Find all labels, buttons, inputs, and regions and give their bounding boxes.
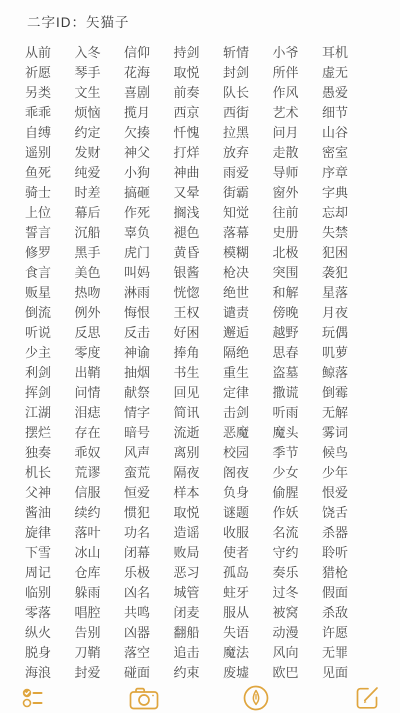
word-item[interactable]: 傍晚 <box>273 303 301 323</box>
word-item[interactable]: 倒霉 <box>322 383 350 403</box>
word-item[interactable]: 犯困 <box>322 243 350 263</box>
word-item[interactable]: 窗外 <box>273 183 301 203</box>
word-item[interactable]: 惯犯 <box>124 503 152 523</box>
word-item[interactable]: 叽萝 <box>322 343 350 363</box>
word-item[interactable]: 街霸 <box>223 183 251 203</box>
word-row: 贩星热吻淋雨恍惚绝世和解星落 <box>25 283 350 303</box>
word-item[interactable]: 恶习 <box>174 563 202 583</box>
word-item[interactable]: 孤岛 <box>223 563 251 583</box>
word-item[interactable]: 离别 <box>174 443 202 463</box>
word-item[interactable]: 城管 <box>174 583 202 603</box>
word-item[interactable]: 暗号 <box>124 423 152 443</box>
word-row: 鱼死纯爱小狗神曲雨爱导师序章 <box>25 163 350 183</box>
word-item[interactable]: 摆烂 <box>25 423 53 443</box>
word-item[interactable]: 抽烟 <box>124 363 152 383</box>
word-item[interactable]: 星落 <box>322 283 350 303</box>
word-item[interactable]: 模糊 <box>223 243 251 263</box>
word-row: 遥别发财神父打烊放弃走散密室 <box>25 143 350 163</box>
word-item[interactable]: 盗墓 <box>273 363 301 383</box>
word-item[interactable]: 失禁 <box>322 223 350 243</box>
word-item[interactable]: 骑士 <box>25 183 53 203</box>
word-item[interactable]: 山谷 <box>322 123 350 143</box>
word-item[interactable]: 绝世 <box>223 283 251 303</box>
word-item[interactable]: 被窝 <box>273 603 301 623</box>
word-item[interactable]: 例外 <box>75 303 103 323</box>
word-item[interactable]: 季节 <box>273 443 301 463</box>
word-item[interactable]: 击剑 <box>223 403 251 423</box>
word-item[interactable]: 字典 <box>322 183 350 203</box>
word-item[interactable]: 小爷 <box>273 43 301 63</box>
word-item[interactable]: 黑手 <box>75 243 103 263</box>
word-item[interactable]: 收服 <box>223 523 251 543</box>
word-item[interactable]: 江湖 <box>25 403 53 423</box>
word-item[interactable]: 服从 <box>223 603 251 623</box>
word-item[interactable]: 封爱 <box>75 663 103 683</box>
word-item[interactable]: 少主 <box>25 343 53 363</box>
word-item[interactable]: 听说 <box>25 323 53 343</box>
word-item[interactable]: 名流 <box>273 523 301 543</box>
checklist-button[interactable] <box>18 684 48 712</box>
word-row: 骑士时差搞砸又晕街霸窗外字典 <box>25 183 350 203</box>
camera-button[interactable] <box>129 684 159 712</box>
word-item[interactable]: 忘却 <box>322 203 350 223</box>
word-item[interactable]: 忏愧 <box>174 123 202 143</box>
word-item[interactable]: 动漫 <box>273 623 301 643</box>
word-item[interactable]: 序章 <box>322 163 350 183</box>
word-item[interactable]: 蛮荒 <box>124 463 152 483</box>
word-item[interactable]: 流逝 <box>174 423 202 443</box>
word-item[interactable]: 思春 <box>273 343 301 363</box>
word-item[interactable]: 利剑 <box>25 363 53 383</box>
word-item[interactable]: 零度 <box>75 343 103 363</box>
word-item[interactable]: 追击 <box>174 643 202 663</box>
word-item[interactable]: 谜题 <box>223 503 251 523</box>
word-item[interactable]: 自缚 <box>25 123 53 143</box>
word-item[interactable]: 续约 <box>75 503 103 523</box>
word-item[interactable]: 恒爱 <box>124 483 152 503</box>
word-item[interactable]: 斩情 <box>223 43 251 63</box>
word-item[interactable]: 导师 <box>273 163 301 183</box>
word-item[interactable]: 北极 <box>273 243 301 263</box>
word-item[interactable]: 艺术 <box>273 103 301 123</box>
camera-icon <box>129 686 159 711</box>
word-item[interactable]: 泪痣 <box>75 403 103 423</box>
word-item[interactable]: 拉黑 <box>223 123 251 143</box>
word-item[interactable]: 冰山 <box>75 543 103 563</box>
word-item[interactable]: 隔夜 <box>174 463 202 483</box>
word-row: 旋律落叶功名造谣收服名流杀器 <box>25 523 350 543</box>
word-item[interactable]: 美色 <box>75 263 103 283</box>
word-item[interactable]: 誓言 <box>25 223 53 243</box>
word-item[interactable]: 捧角 <box>174 343 202 363</box>
word-item[interactable]: 神曲 <box>174 163 202 183</box>
word-item[interactable]: 玩偶 <box>322 323 350 343</box>
word-item[interactable]: 褪色 <box>174 223 202 243</box>
word-item[interactable]: 突围 <box>273 263 301 283</box>
word-item[interactable]: 邂逅 <box>223 323 251 343</box>
word-item[interactable]: 挥剑 <box>25 383 53 403</box>
word-row: 食言美色叫妈银酱枪决突围袭犯 <box>25 263 350 283</box>
word-item[interactable]: 西街 <box>223 103 251 123</box>
word-item[interactable]: 神谕 <box>124 343 152 363</box>
word-row: 周记仓库乐极恶习孤岛奏乐猎枪 <box>25 563 350 583</box>
word-item[interactable]: 琴手 <box>75 63 103 83</box>
word-item[interactable]: 鲸落 <box>322 363 350 383</box>
checklist-icon <box>20 685 46 711</box>
word-item[interactable]: 所伴 <box>273 63 301 83</box>
word-item[interactable]: 揽月 <box>124 103 152 123</box>
pen-icon <box>242 684 270 712</box>
word-row: 下雪冰山闭幕败局使者守约聆听 <box>25 543 350 563</box>
word-row: 上位幕后作死搁浅知觉往前忘却 <box>25 203 350 223</box>
word-item[interactable]: 败局 <box>174 543 202 563</box>
word-item[interactable]: 纵火 <box>25 623 53 643</box>
word-item[interactable]: 约束 <box>174 663 202 683</box>
word-item[interactable]: 月夜 <box>322 303 350 323</box>
word-item[interactable]: 走散 <box>273 143 301 163</box>
word-item[interactable]: 样本 <box>174 483 202 503</box>
page-title: 二字ID：矢猫子 <box>0 0 400 43</box>
word-item[interactable]: 出鞘 <box>75 363 103 383</box>
word-item[interactable]: 见面 <box>322 663 350 683</box>
word-item[interactable]: 淋雨 <box>124 283 152 303</box>
word-item[interactable]: 愚爱 <box>322 83 350 103</box>
pen-button[interactable] <box>241 684 271 712</box>
word-item[interactable]: 作妖 <box>273 503 301 523</box>
word-item[interactable]: 信服 <box>75 483 103 503</box>
word-item[interactable]: 独奏 <box>25 443 53 463</box>
word-item[interactable]: 无解 <box>322 403 350 423</box>
word-row: 听说反思反击好困邂逅越野玩偶 <box>25 323 350 343</box>
word-item[interactable]: 耳机 <box>322 43 350 63</box>
word-item[interactable]: 谴责 <box>223 303 251 323</box>
word-item[interactable]: 恍惚 <box>174 283 202 303</box>
word-item[interactable]: 隔绝 <box>223 343 251 363</box>
word-row: 从前入冬信仰持剑斩情小爷耳机 <box>25 43 350 63</box>
word-item[interactable]: 文生 <box>75 83 103 103</box>
word-item[interactable]: 修罗 <box>25 243 53 263</box>
word-item[interactable]: 虎门 <box>124 243 152 263</box>
word-item[interactable]: 取悦 <box>174 63 202 83</box>
word-item[interactable]: 许愿 <box>322 623 350 643</box>
word-item[interactable]: 少年 <box>322 463 350 483</box>
word-item[interactable]: 下雪 <box>25 543 53 563</box>
word-item[interactable]: 贩星 <box>25 283 53 303</box>
word-row: 自缚约定欠揍忏愧拉黑问月山谷 <box>25 123 350 143</box>
word-item[interactable]: 恨爱 <box>322 483 350 503</box>
word-item[interactable]: 遥别 <box>25 143 53 163</box>
word-item[interactable]: 欠揍 <box>124 123 152 143</box>
word-item[interactable]: 无罪 <box>322 643 350 663</box>
word-item[interactable]: 少女 <box>273 463 301 483</box>
word-item[interactable]: 听雨 <box>273 403 301 423</box>
word-item[interactable]: 欧巴 <box>273 663 301 683</box>
word-item[interactable]: 刀鞘 <box>75 643 103 663</box>
word-item[interactable]: 风向 <box>273 643 301 663</box>
word-item[interactable]: 祈愿 <box>25 63 53 83</box>
word-row: 酱油续约惯犯取悦谜题作妖饶舌 <box>25 503 350 523</box>
word-row: 另类文生喜剧前奏队长作风愚爱 <box>25 83 350 103</box>
word-item[interactable]: 撒谎 <box>273 383 301 403</box>
word-item[interactable]: 搞砸 <box>124 183 152 203</box>
word-item[interactable]: 好困 <box>174 323 202 343</box>
word-grid: 从前入冬信仰持剑斩情小爷耳机祈愿琴手花海取悦封剑所伴虚无另类文生喜剧前奏队长作风… <box>0 43 400 683</box>
word-item[interactable]: 辜负 <box>124 223 152 243</box>
word-item[interactable]: 史册 <box>273 223 301 243</box>
word-item[interactable]: 又晕 <box>174 183 202 203</box>
word-item[interactable]: 乖奴 <box>75 443 103 463</box>
word-item[interactable]: 雾词 <box>322 423 350 443</box>
word-item[interactable]: 凶器 <box>124 623 152 643</box>
word-item[interactable]: 信仰 <box>124 43 152 63</box>
word-item[interactable]: 恶魔 <box>223 423 251 443</box>
word-item[interactable]: 碰面 <box>124 663 152 683</box>
word-row: 利剑出鞘抽烟书生重生盗墓鲸落 <box>25 363 350 383</box>
word-item[interactable]: 作死 <box>124 203 152 223</box>
word-item[interactable]: 前奏 <box>174 83 202 103</box>
word-item[interactable]: 取悦 <box>174 503 202 523</box>
word-item[interactable]: 越野 <box>273 323 301 343</box>
word-item[interactable]: 枪决 <box>223 263 251 283</box>
word-item[interactable]: 食言 <box>25 263 53 283</box>
bottom-toolbar <box>0 683 400 713</box>
word-item[interactable]: 乐极 <box>124 563 152 583</box>
word-row: 纵火告别凶器翻船失语动漫许愿 <box>25 623 350 643</box>
compose-icon <box>354 685 380 711</box>
word-item[interactable]: 打烊 <box>174 143 202 163</box>
word-item[interactable]: 花海 <box>124 63 152 83</box>
word-row: 父神信服恒爱样本负身偷腥恨爱 <box>25 483 350 503</box>
word-item[interactable]: 献祭 <box>124 383 152 403</box>
word-item[interactable]: 落叶 <box>75 523 103 543</box>
word-item[interactable]: 入冬 <box>75 43 103 63</box>
word-item[interactable]: 从前 <box>25 43 53 63</box>
word-item[interactable]: 西京 <box>174 103 202 123</box>
word-item[interactable]: 问情 <box>75 383 103 403</box>
word-item[interactable]: 闭幕 <box>124 543 152 563</box>
word-item[interactable]: 蛀牙 <box>223 583 251 603</box>
word-item[interactable]: 细节 <box>322 103 350 123</box>
word-item[interactable]: 知觉 <box>223 203 251 223</box>
word-item[interactable]: 封剑 <box>223 63 251 83</box>
word-item[interactable]: 放弃 <box>223 143 251 163</box>
word-item[interactable]: 叫妈 <box>124 263 152 283</box>
word-item[interactable]: 废墟 <box>223 663 251 683</box>
word-item[interactable]: 酱油 <box>25 503 53 523</box>
word-item[interactable]: 落幕 <box>223 223 251 243</box>
compose-button[interactable] <box>352 684 382 712</box>
word-item[interactable]: 周记 <box>25 563 53 583</box>
word-row: 少主零度神谕捧角隔绝思春叽萝 <box>25 343 350 363</box>
word-item[interactable]: 偷腥 <box>273 483 301 503</box>
word-row: 摆烂存在暗号流逝恶魔魔头雾词 <box>25 423 350 443</box>
word-row: 脱身刀鞘落空追击魔法风向无罪 <box>25 643 350 663</box>
word-item[interactable]: 热吻 <box>75 283 103 303</box>
word-item[interactable]: 定律 <box>223 383 251 403</box>
word-item[interactable]: 临别 <box>25 583 53 603</box>
word-row: 零落唱腔共鸣闭麦服从被窝杀敌 <box>25 603 350 623</box>
word-item[interactable]: 小狗 <box>124 163 152 183</box>
word-item[interactable]: 阁夜 <box>223 463 251 483</box>
word-item[interactable]: 反思 <box>75 323 103 343</box>
word-item[interactable]: 落空 <box>124 643 152 663</box>
word-item[interactable]: 唱腔 <box>75 603 103 623</box>
word-item[interactable]: 躲雨 <box>75 583 103 603</box>
word-item[interactable]: 共鸣 <box>124 603 152 623</box>
word-item[interactable]: 王权 <box>174 303 202 323</box>
word-item[interactable]: 仓库 <box>75 563 103 583</box>
word-item[interactable]: 幕后 <box>75 203 103 223</box>
word-item[interactable]: 翻船 <box>174 623 202 643</box>
word-item[interactable]: 守约 <box>273 543 301 563</box>
word-item[interactable]: 负身 <box>223 483 251 503</box>
word-item[interactable]: 倒流 <box>25 303 53 323</box>
word-item[interactable]: 凶名 <box>124 583 152 603</box>
word-item[interactable]: 魔头 <box>273 423 301 443</box>
word-item[interactable]: 乖乖 <box>25 103 53 123</box>
word-row: 挥剑问情献祭回见定律撒谎倒霉 <box>25 383 350 403</box>
word-item[interactable]: 杀敌 <box>322 603 350 623</box>
word-item[interactable]: 时差 <box>75 183 103 203</box>
word-item[interactable]: 假面 <box>322 583 350 603</box>
word-item[interactable]: 使者 <box>223 543 251 563</box>
word-item[interactable]: 饶舌 <box>322 503 350 523</box>
word-item[interactable]: 造谣 <box>174 523 202 543</box>
word-item[interactable]: 约定 <box>75 123 103 143</box>
word-item[interactable]: 父神 <box>25 483 53 503</box>
word-item[interactable]: 密室 <box>322 143 350 163</box>
word-item[interactable]: 队长 <box>223 83 251 103</box>
word-item[interactable]: 存在 <box>75 423 103 443</box>
word-item[interactable]: 闭麦 <box>174 603 202 623</box>
word-item[interactable]: 持剑 <box>174 43 202 63</box>
word-row: 倒流例外悔恨王权谴责傍晚月夜 <box>25 303 350 323</box>
word-item[interactable]: 奏乐 <box>273 563 301 583</box>
word-item[interactable]: 另类 <box>25 83 53 103</box>
word-item[interactable]: 告别 <box>75 623 103 643</box>
word-item[interactable]: 回见 <box>174 383 202 403</box>
word-item[interactable]: 袭犯 <box>322 263 350 283</box>
word-item[interactable]: 沉船 <box>75 223 103 243</box>
word-item[interactable]: 魔法 <box>223 643 251 663</box>
word-row: 修罗黑手虎门黄昏模糊北极犯困 <box>25 243 350 263</box>
word-row: 临别躲雨凶名城管蛀牙过冬假面 <box>25 583 350 603</box>
word-item[interactable]: 海浪 <box>25 663 53 683</box>
word-item[interactable]: 脱身 <box>25 643 53 663</box>
word-item[interactable]: 风声 <box>124 443 152 463</box>
word-item[interactable]: 反击 <box>124 323 152 343</box>
word-item[interactable]: 银酱 <box>174 263 202 283</box>
word-item[interactable]: 荒谬 <box>75 463 103 483</box>
word-item[interactable]: 作风 <box>273 83 301 103</box>
word-row: 祈愿琴手花海取悦封剑所伴虚无 <box>25 63 350 83</box>
word-item[interactable]: 杀器 <box>322 523 350 543</box>
word-item[interactable]: 情字 <box>124 403 152 423</box>
word-item[interactable]: 神父 <box>124 143 152 163</box>
word-item[interactable]: 上位 <box>25 203 53 223</box>
word-row: 独奏乖奴风声离别校园季节候鸟 <box>25 443 350 463</box>
word-item[interactable]: 虚无 <box>322 63 350 83</box>
word-item[interactable]: 雨爱 <box>223 163 251 183</box>
word-item[interactable]: 悔恨 <box>124 303 152 323</box>
word-item[interactable]: 烦恼 <box>75 103 103 123</box>
word-row: 海浪封爱碰面约束废墟欧巴见面 <box>25 663 350 683</box>
word-row: 江湖泪痣情字简讯击剑听雨无解 <box>25 403 350 423</box>
word-item[interactable]: 重生 <box>223 363 251 383</box>
word-row: 誓言沉船辜负褪色落幕史册失禁 <box>25 223 350 243</box>
word-row: 乖乖烦恼揽月西京西街艺术细节 <box>25 103 350 123</box>
word-item[interactable]: 猎枪 <box>322 563 350 583</box>
word-row: 机长荒谬蛮荒隔夜阁夜少女少年 <box>25 463 350 483</box>
word-item[interactable]: 旋律 <box>25 523 53 543</box>
word-item[interactable]: 问月 <box>273 123 301 143</box>
word-item[interactable]: 零落 <box>25 603 53 623</box>
word-item[interactable]: 聆听 <box>322 543 350 563</box>
word-item[interactable]: 和解 <box>273 283 301 303</box>
word-item[interactable]: 纯爱 <box>75 163 103 183</box>
word-item[interactable]: 过冬 <box>273 583 301 603</box>
word-item[interactable]: 喜剧 <box>124 83 152 103</box>
word-item[interactable]: 简讯 <box>174 403 202 423</box>
word-item[interactable]: 鱼死 <box>25 163 53 183</box>
word-item[interactable]: 往前 <box>273 203 301 223</box>
word-item[interactable]: 功名 <box>124 523 152 543</box>
word-item[interactable]: 书生 <box>174 363 202 383</box>
word-item[interactable]: 候鸟 <box>322 443 350 463</box>
word-item[interactable]: 失语 <box>223 623 251 643</box>
word-item[interactable]: 黄昏 <box>174 243 202 263</box>
word-item[interactable]: 发财 <box>75 143 103 163</box>
word-item[interactable]: 搁浅 <box>174 203 202 223</box>
word-item[interactable]: 校园 <box>223 443 251 463</box>
word-item[interactable]: 机长 <box>25 463 53 483</box>
